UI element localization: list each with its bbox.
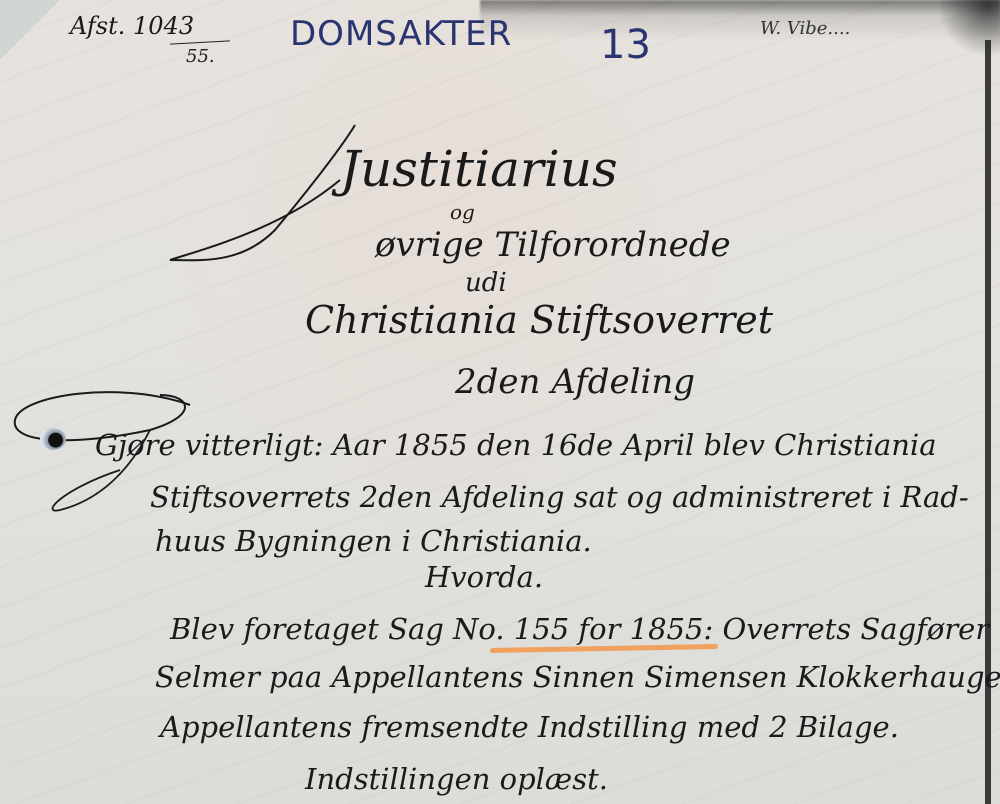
body-line-6: Selmer paa Appellantens Sinnen Simensen … [155,660,1000,694]
body-line-hvorda: Hvorda. [425,560,543,594]
body-line-8: Indstillingen oplæst. [305,762,608,796]
heading-court-name: Christiania Stiftsoverret [305,298,773,342]
heading-udi: udi [465,268,507,298]
document-page: Afst. 1043 55. DOMSAKTER 13 W. Vibe.... … [0,0,1000,804]
pin-hole [40,428,66,450]
body-line-3: huus Bygningen i Christiania. [155,524,592,558]
body-line-5: Blev foretaget Sag No. 155 for 1855: Ove… [170,612,989,646]
heading-tilforordnede: øvrige Tilforordnede [375,225,731,265]
body-line-2: Stiftsoverrets 2den Afdeling sat og admi… [150,480,969,514]
body-line-1: Gjøre vitterligt: Aar 1855 den 16de Apri… [95,428,937,462]
heading-title: Justitiarius [340,140,618,198]
body-line-7: Appellantens fremsendte Indstilling med … [160,710,899,744]
heading-og: og [450,200,475,224]
heading-division: 2den Afdeling [455,362,695,402]
